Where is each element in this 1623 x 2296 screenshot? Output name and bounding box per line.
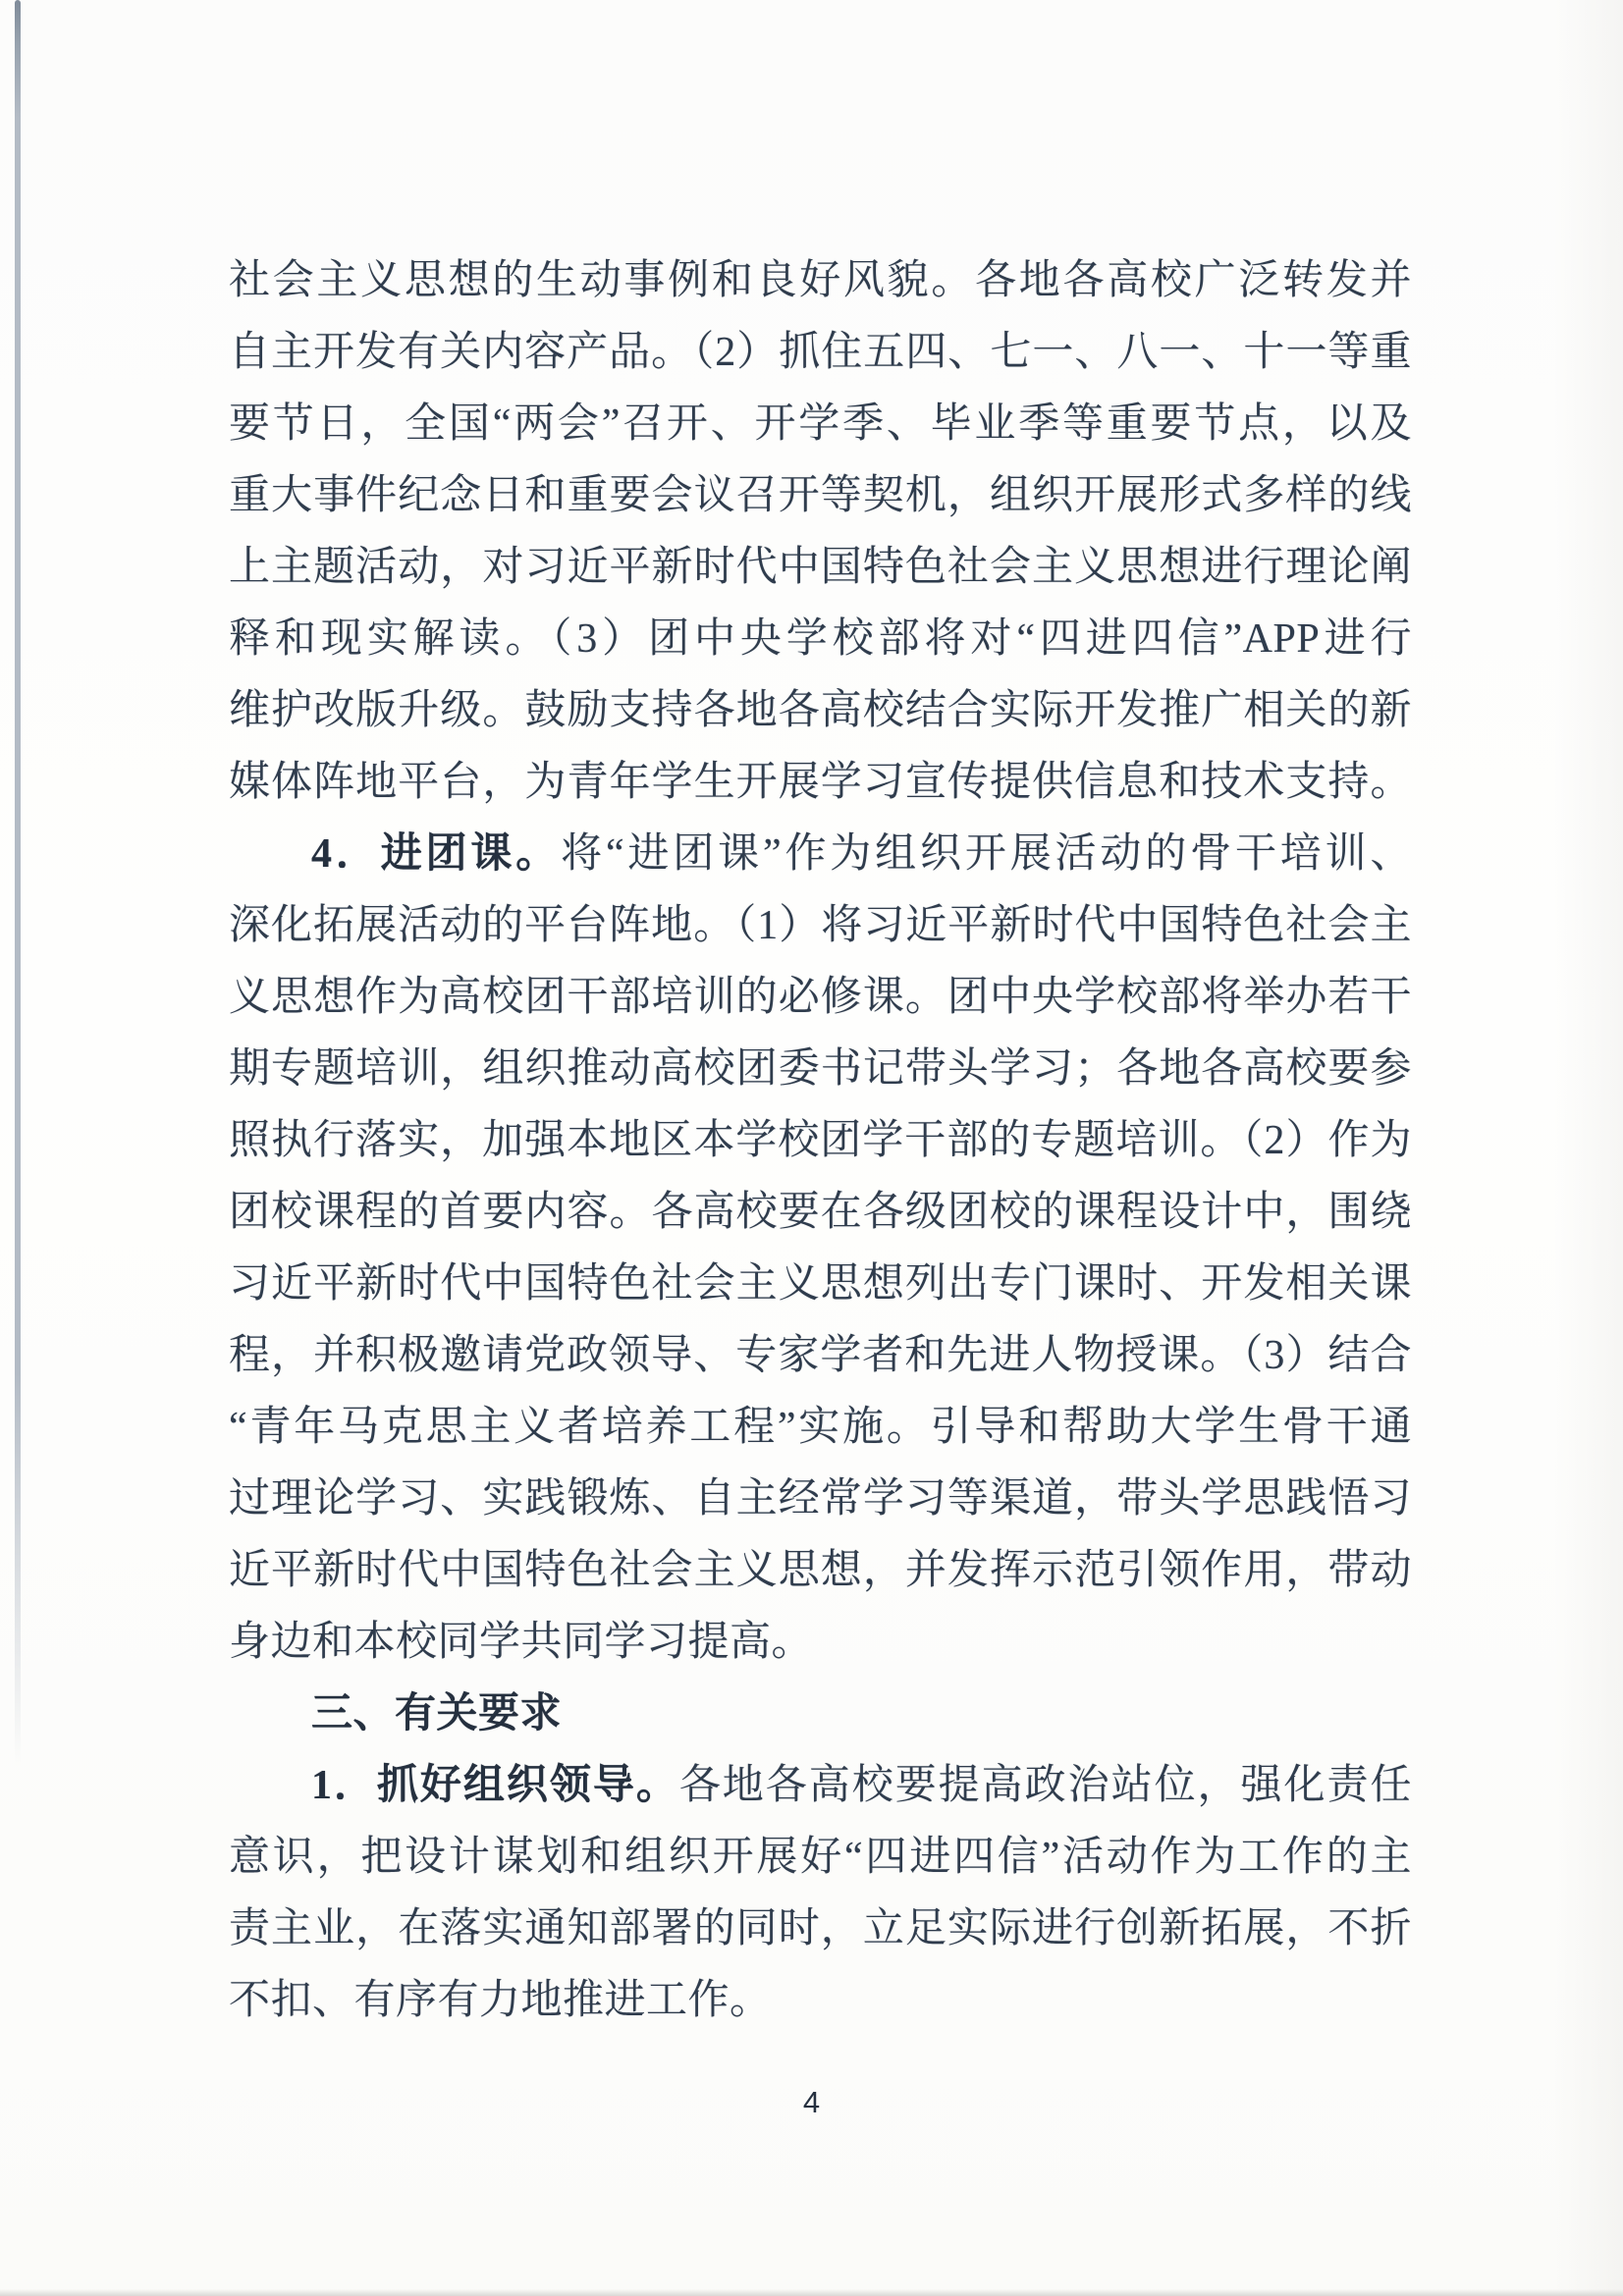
text-segment: 团校课程的首要内容。各高校要在各级团校的课程设计中，围绕	[229, 1190, 1412, 1235]
text-segment: 维护改版升级。鼓励支持各地各高校结合实际开发推广相关的新	[229, 688, 1412, 733]
text-segment: 重大事件纪念日和重要会议召开等契机，组织开展形式多样的线	[229, 473, 1412, 518]
text-line: 义思想作为高校团干部培训的必修课。团中央学校部将举办若干	[229, 962, 1412, 1034]
text-line: 媒体阵地平台，为青年学生开展学习宣传提供信息和技术支持。	[229, 747, 1412, 819]
text-segment: 自主开发有关内容产品。（2）抓住五四、七一、八一、十一等重	[229, 330, 1412, 375]
text-line: 重大事件纪念日和重要会议召开等契机，组织开展形式多样的线	[229, 460, 1412, 532]
text-line: 要节日，全国“两会”召开、开学季、毕业季等重要节点，以及	[229, 389, 1412, 460]
text-line: 习近平新时代中国特色社会主义思想列出专门课时、开发相关课	[229, 1249, 1412, 1320]
text-segment: 过理论学习、实践锻炼、自主经常学习等渠道，带头学思践悟习	[229, 1476, 1412, 1522]
text-segment-bold: 三、有关要求	[311, 1691, 562, 1736]
text-line: 期专题培训，组织推动高校团委书记带头学习；各地各高校要参	[229, 1034, 1412, 1105]
text-line: “青年马克思主义者培养工程”实施。引导和帮助大学生骨干通	[229, 1392, 1412, 1464]
text-segment: 将“进团课”作为组织开展活动的骨干培训、	[561, 831, 1412, 877]
document-text-block: 社会主义思想的生动事例和良好风貌。各地各高校广泛转发并自主开发有关内容产品。（2…	[229, 245, 1412, 2037]
text-segment: 近平新时代中国特色社会主义思想，并发挥示范引领作用，带动	[229, 1548, 1412, 1593]
text-segment: 身边和本校同学共同学习提高。	[229, 1620, 813, 1665]
text-segment: 要节日，全国“两会”召开、开学季、毕业季等重要节点，以及	[229, 401, 1412, 447]
text-segment: 释和现实解读。（3）团中央学校部将对“四进四信”APP进行	[229, 616, 1412, 662]
text-segment: 程，并积极邀请党政领导、专家学者和先进人物授课。（3）结合	[229, 1333, 1412, 1378]
text-line: 三、有关要求	[229, 1679, 1412, 1750]
text-line: 1．抓好组织领导。各地各高校要提高政治站位，强化责任	[229, 1750, 1412, 1822]
text-line: 过理论学习、实践锻炼、自主经常学习等渠道，带头学思践悟习	[229, 1464, 1412, 1535]
text-segment-bold: 4．进团课。	[311, 831, 561, 877]
text-segment: 照执行落实，加强本地区本学校团学干部的专题培训。（2）作为	[229, 1118, 1412, 1163]
scanned-document-page: 社会主义思想的生动事例和良好风貌。各地各高校广泛转发并自主开发有关内容产品。（2…	[0, 0, 1623, 2296]
text-line: 4．进团课。将“进团课”作为组织开展活动的骨干培训、	[229, 819, 1412, 890]
text-segment: 意识，把设计谋划和组织开展好“四进四信”活动作为工作的主	[229, 1835, 1412, 1880]
text-segment-bold: 1．抓好组织领导。	[311, 1763, 679, 1808]
text-line: 意识，把设计谋划和组织开展好“四进四信”活动作为工作的主	[229, 1822, 1412, 1894]
text-segment: 习近平新时代中国特色社会主义思想列出专门课时、开发相关课	[229, 1261, 1412, 1307]
text-segment: 深化拓展活动的平台阵地。（1）将习近平新时代中国特色社会主	[229, 903, 1412, 948]
text-segment: 期专题培训，组织推动高校团委书记带头学习；各地各高校要参	[229, 1046, 1412, 1092]
text-line: 自主开发有关内容产品。（2）抓住五四、七一、八一、十一等重	[229, 317, 1412, 389]
text-segment: 上主题活动，对习近平新时代中国特色社会主义思想进行理论阐	[229, 545, 1412, 590]
text-segment: 各地各高校要提高政治站位，强化责任	[679, 1763, 1412, 1808]
text-line: 上主题活动，对习近平新时代中国特色社会主义思想进行理论阐	[229, 532, 1412, 604]
scan-edge-line	[15, 0, 21, 1767]
text-line: 社会主义思想的生动事例和良好风貌。各地各高校广泛转发并	[229, 245, 1412, 317]
text-segment: 不扣、有序有力地推进工作。	[229, 1978, 772, 2023]
text-line: 释和现实解读。（3）团中央学校部将对“四进四信”APP进行	[229, 604, 1412, 675]
text-line: 照执行落实，加强本地区本学校团学干部的专题培训。（2）作为	[229, 1105, 1412, 1177]
text-segment: 义思想作为高校团干部培训的必修课。团中央学校部将举办若干	[229, 975, 1412, 1020]
text-line: 程，并积极邀请党政领导、专家学者和先进人物授课。（3）结合	[229, 1320, 1412, 1392]
scan-right-shading	[1554, 0, 1623, 2296]
text-line: 深化拓展活动的平台阵地。（1）将习近平新时代中国特色社会主	[229, 890, 1412, 962]
text-line: 近平新时代中国特色社会主义思想，并发挥示范引领作用，带动	[229, 1535, 1412, 1607]
text-segment: 媒体阵地平台，为青年学生开展学习宣传提供信息和技术支持。	[229, 760, 1412, 805]
text-line: 团校课程的首要内容。各高校要在各级团校的课程设计中，围绕	[229, 1177, 1412, 1249]
text-segment: 责主业，在落实通知部署的同时，立足实际进行创新拓展，不折	[229, 1906, 1412, 1951]
scan-bottom-edge	[0, 2289, 1623, 2296]
text-line: 不扣、有序有力地推进工作。	[229, 1965, 1412, 2037]
text-segment: 社会主义思想的生动事例和良好风貌。各地各高校广泛转发并	[229, 258, 1412, 303]
page-number: 4	[0, 2085, 1623, 2120]
text-segment: “青年马克思主义者培养工程”实施。引导和帮助大学生骨干通	[229, 1405, 1412, 1450]
text-line: 责主业，在落实通知部署的同时，立足实际进行创新拓展，不折	[229, 1894, 1412, 1965]
text-line: 身边和本校同学共同学习提高。	[229, 1607, 1412, 1679]
text-line: 维护改版升级。鼓励支持各地各高校结合实际开发推广相关的新	[229, 675, 1412, 747]
